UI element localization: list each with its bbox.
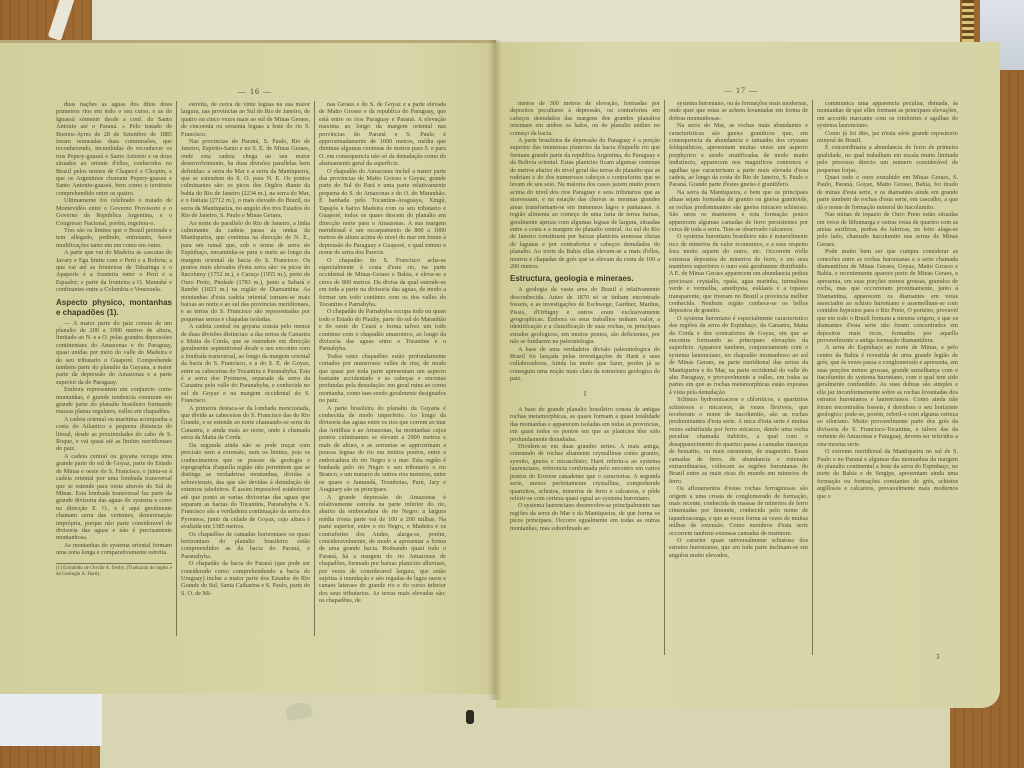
text-column: menos de 300 metros de elevação, formada… (506, 100, 664, 655)
paragraph: A parte brasileira do planalto da Guyana… (319, 405, 446, 494)
paragraph: A cadeia oriental ou maritima acompanha … (56, 416, 172, 453)
paragraph: Os afloramentos d'estas rochas ferrugino… (669, 485, 808, 537)
paragraph: Na serra da Mantiqueira, e bem que os pr… (669, 189, 808, 233)
paragraph: A cadeia central ou goyana occupa uma gr… (56, 453, 172, 542)
paragraph: Pode muito bem ser que cumpra considerar… (817, 248, 958, 344)
paragraph: Da segunda ainda não se pode traçar com … (181, 442, 310, 531)
paragraph: A base de uma verdadeira divisão paleont… (510, 346, 660, 383)
paragraph: estreita, de cerca de vinte leguas na su… (181, 101, 310, 138)
paragraph: A geologia da vasta area do Brazil é rel… (510, 286, 660, 345)
paragraph: systema huroniano, ou ás formações mais … (669, 100, 808, 122)
paragraph: O chapadão do Amazonas incluê a maior pa… (319, 168, 446, 257)
paragraph: Nas provincias do Paraná, S. Paulo, Rio … (181, 138, 310, 219)
open-book: — 16 — duas nações as aguas dos ditos do… (0, 36, 1000, 716)
paragraph: A grande depressão do Amazonas é relativ… (319, 494, 446, 605)
page-number: — 16 — (238, 87, 272, 96)
paragraph: A serra do Espinhaço ao norte de Minas, … (817, 344, 958, 448)
paragraph: Ao norte do parallelo do Rio de Janeiro,… (181, 220, 310, 324)
section-heading: Estructura, geologia e mineraes. (510, 274, 660, 284)
text-column: systema huroniano, ou ás formações mais … (664, 100, 812, 655)
page-number: — 17 — (724, 86, 758, 95)
paragraph: A parte brasileira da depressão do Parag… (510, 137, 660, 270)
signature-mark: 3 (936, 653, 940, 661)
book-gutter (488, 40, 502, 700)
right-page-columns: menos de 300 metros de elevação, formada… (506, 100, 962, 655)
paragraph: O extremo meridional da Mantiqueira no s… (817, 448, 958, 500)
paragraph: communica uma apparencia peculiar, denta… (817, 100, 958, 130)
section-heading: Aspecto physico, montanhas e chapadões (… (56, 298, 172, 318)
paragraph: Schistos hydromicaceos e chloriticos, e … (669, 396, 808, 485)
paragraph: O chapadão do Parnahyba occupa todo ou q… (319, 308, 446, 352)
paragraph: Quasi todo o ouro extrahido em Minas Ger… (817, 174, 958, 211)
paragraph: — A maior parte do paiz consta de um pla… (56, 320, 172, 387)
binder-clip (466, 710, 474, 724)
paragraph: menos de 300 metros de elevação, formada… (510, 100, 660, 137)
left-page: — 16 — duas nações as aguas dos ditos do… (0, 40, 496, 694)
paragraph: A primeira destaca-se da lombada mencion… (181, 405, 310, 442)
paragraph: Ultimamente foi celebrado o tratado de M… (56, 197, 172, 227)
paragraph: O chapadão da bacia do Paraná (que pode … (181, 560, 310, 597)
text-column: communica uma apparencia peculiar, denta… (812, 100, 962, 655)
paragraph: duas nações as aguas dos ditos dous prim… (56, 101, 172, 197)
paragraph: O systema huroniano é especialmente cara… (669, 315, 808, 396)
paragraph: Dividem-se em duas grandes series. A mai… (510, 443, 660, 502)
paragraph: Os chapadões de camadas horizontaes ou q… (181, 531, 310, 561)
paragraph: Na serra do Mar, as rochas mais abundant… (669, 122, 808, 189)
roman-numeral-heading: I (510, 391, 660, 398)
paragraph: É extraordinaria a abundancia de ferro d… (817, 144, 958, 174)
paragraph: nas Geraes e do S. de Goyaz e a parte el… (319, 101, 446, 168)
paragraph: As montanhas do systema oriental formam … (56, 542, 172, 557)
text-column: duas nações as aguas dos ditos dous prim… (52, 101, 176, 636)
paragraph: Nas minas de topazio de Ouro Preto estão… (817, 211, 958, 248)
paragraph: O chapadão do S. Francisco acha-se espec… (319, 257, 446, 309)
paragraph: Todos estes chapadões estão profundament… (319, 353, 446, 405)
paragraph: Tres são os limites que o Brazil pretend… (56, 227, 172, 249)
paragraph: A parte que vai do Madeira ás cascatas d… (56, 249, 172, 293)
paragraph: O caracter quasi universalmente schistos… (669, 537, 808, 559)
footnote: (1) Extrahido de Orville A. Derby. (Trad… (56, 563, 172, 578)
text-column: estreita, de cerca de vinte leguas na su… (176, 101, 314, 636)
text-column: nas Geraes e do S. de Goyaz e a parte el… (314, 101, 450, 636)
right-page: — 17 — menos de 300 metros de elevação, … (496, 42, 1000, 708)
paragraph: Como já foi dito, jaz n'esta série grand… (817, 130, 958, 145)
left-page-columns: duas nações as aguas dos ditos dous prim… (52, 101, 450, 636)
paragraph: Embora representem em conjuncto como mon… (56, 386, 172, 416)
paragraph: A base do grande planalto brasileiro con… (510, 406, 660, 443)
paragraph: O systema laurenciano desenvolve-se prin… (510, 502, 660, 532)
paragraph: O systema huroniano brasileiro não é not… (669, 233, 808, 314)
paragraph: A cadeia central ou goyana consta pelo m… (181, 323, 310, 404)
